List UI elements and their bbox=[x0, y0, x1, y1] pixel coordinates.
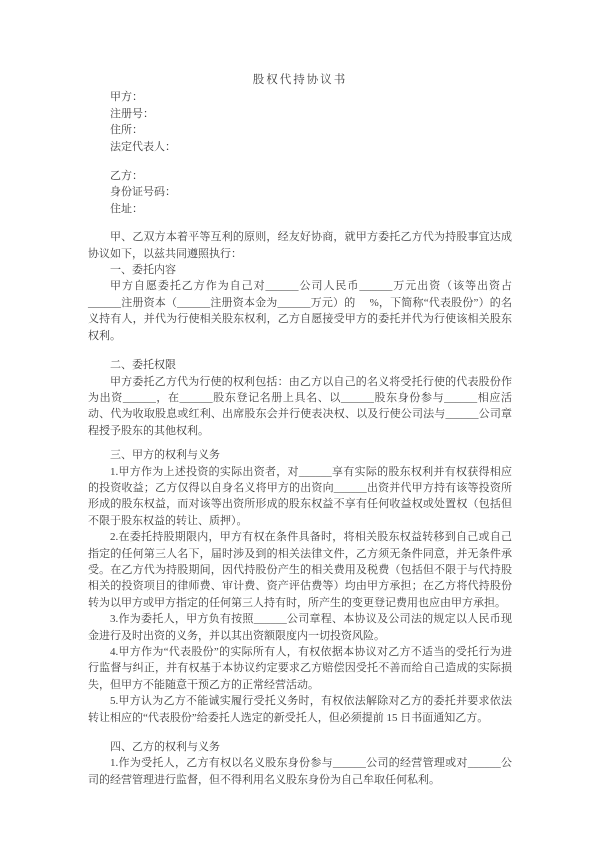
section-3-paragraph-2: 2.在委托持股期限内，甲方有权在条件具备时，将相关股东权益转移到自己或自己指定的… bbox=[88, 529, 512, 611]
section-4-heading: 四、乙方的权利与义务 bbox=[88, 739, 512, 755]
party-a-registration-no-line: 注册号： bbox=[88, 106, 512, 122]
preamble-paragraph: 甲、乙双方本着平等互利的原则，经友好协商，就甲方委托乙方代为持股事宜达成协议如下… bbox=[88, 229, 512, 262]
section-3-heading: 三、甲方的权利与义务 bbox=[88, 447, 512, 463]
section-3-paragraph-4: 4.甲方作为“代表股份”的实际所有人，有权依据本协议对乙方不适当的受托行为进行监… bbox=[88, 644, 512, 693]
section-4-party-b-rights-obligations: 四、乙方的权利与义务 1.作为受托人，乙方有权以名义股东身份参与______公司… bbox=[88, 739, 512, 788]
section-2-heading: 二、委托权限 bbox=[88, 357, 512, 373]
party-a-block: 甲方： 注册号： 住所： 法定代表人： bbox=[88, 89, 512, 155]
party-a-legal-representative-line: 法定代表人： bbox=[88, 139, 512, 155]
document-title: 股权代持协议书 bbox=[88, 72, 512, 88]
section-3-paragraph-3: 3.作为委托人，甲方负有按照______公司章程、本协议及公司法的规定以人民币现… bbox=[88, 611, 512, 644]
party-b-address-line: 住址： bbox=[88, 201, 512, 217]
party-b-name-line: 乙方： bbox=[88, 168, 512, 184]
section-4-paragraph-1: 1.作为受托人，乙方有权以名义股东身份参与______公司的经营管理或对____… bbox=[88, 755, 512, 788]
document-page: 股权代持协议书 甲方： 注册号： 住所： 法定代表人： 乙方： 身份证号码： 住… bbox=[0, 0, 600, 849]
party-b-id-number-line: 身份证号码： bbox=[88, 184, 512, 200]
section-1-paragraph-1: 甲方自愿委托乙方作为自己对______公司人民币______万元出资（该等出资占… bbox=[88, 278, 512, 344]
party-b-block: 乙方： 身份证号码： 住址： bbox=[88, 168, 512, 217]
section-2-paragraph-1: 甲方委托乙方代为行使的权利包括：由乙方以自己的名义将受托行使的代表股份作为出资_… bbox=[88, 374, 512, 440]
party-a-name-line: 甲方： bbox=[88, 89, 512, 105]
section-1-entrustment-content: 一、委托内容 甲方自愿委托乙方作为自己对______公司人民币______万元出… bbox=[88, 262, 512, 344]
section-2-entrustment-authority: 二、委托权限 甲方委托乙方代为行使的权利包括：由乙方以自己的名义将受托行使的代表… bbox=[88, 357, 512, 439]
section-1-heading: 一、委托内容 bbox=[88, 262, 512, 278]
section-3-paragraph-1: 1.甲方作为上述投资的实际出资者，对______享有实际的股东权利并有权获得相应… bbox=[88, 464, 512, 530]
section-3-paragraph-5: 5.甲方认为乙方不能诚实履行受托义务时，有权依法解除对乙方的委托并要求依法转让相… bbox=[88, 693, 512, 726]
party-a-residence-line: 住所： bbox=[88, 122, 512, 138]
section-3-party-a-rights-obligations: 三、甲方的权利与义务 1.甲方作为上述投资的实际出资者，对______享有实际的… bbox=[88, 447, 512, 726]
